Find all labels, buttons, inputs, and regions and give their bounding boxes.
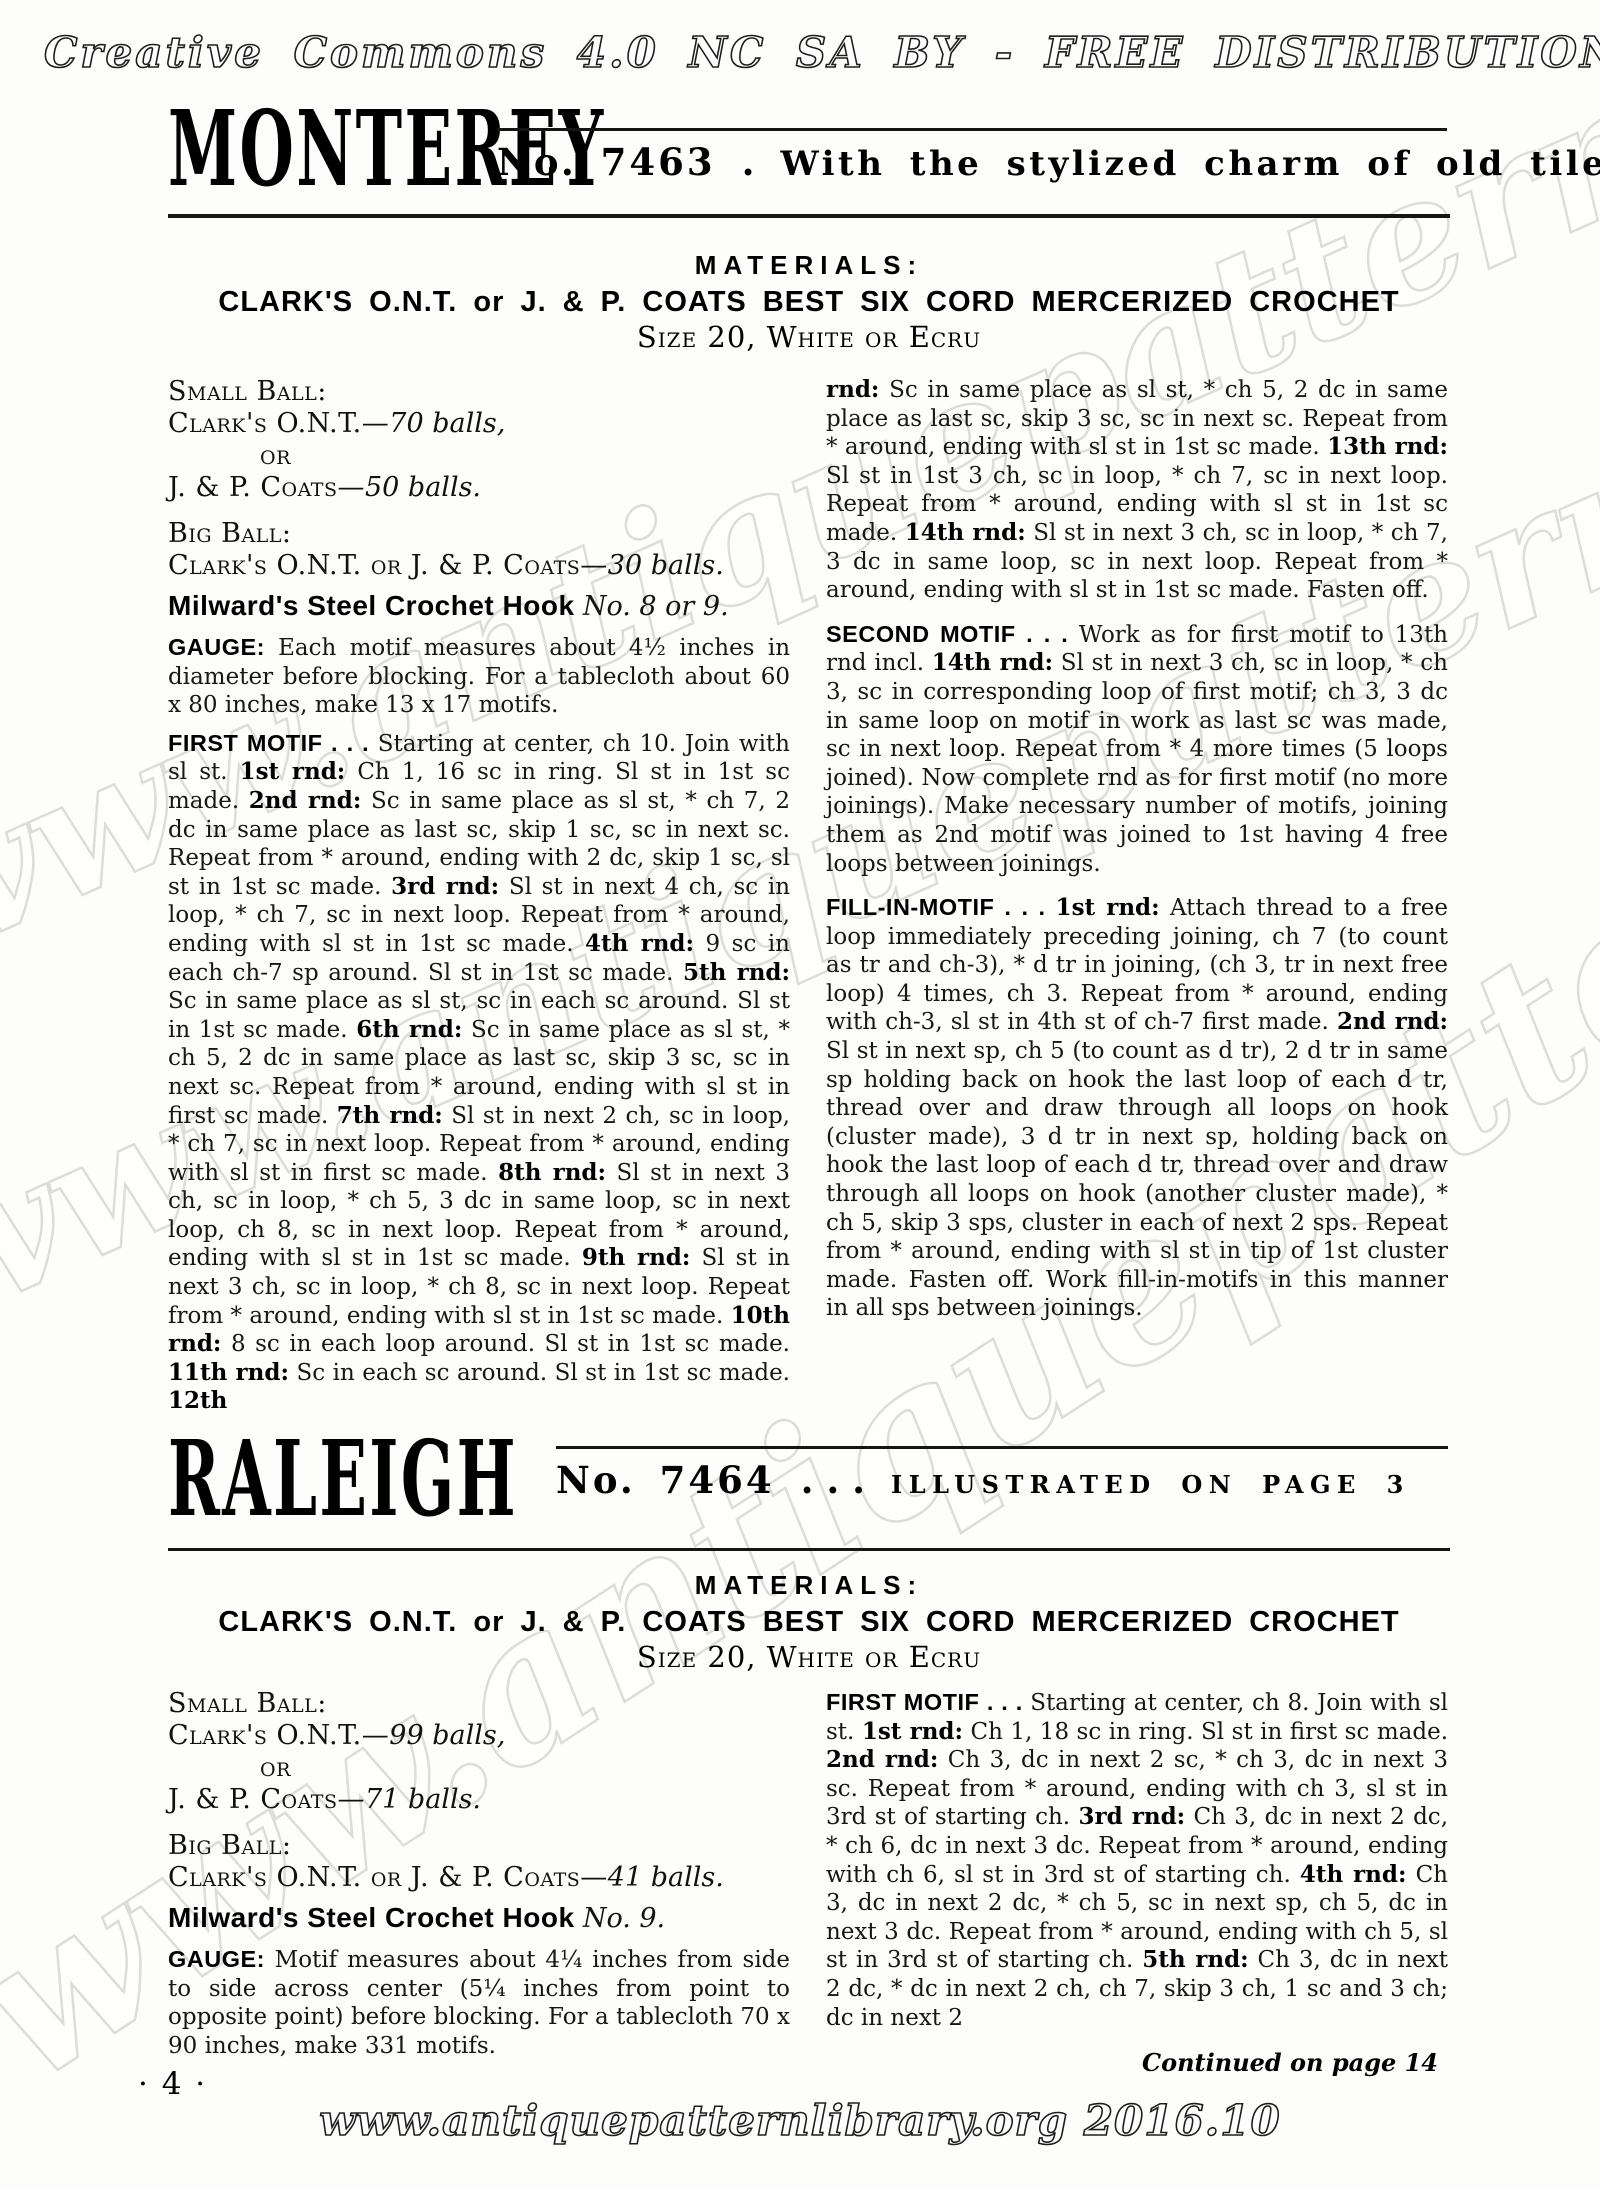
small-ball-coats: J. & P. Coats—50 balls. (168, 472, 790, 504)
or-label: or (168, 440, 790, 472)
raleigh-materials-heading: MATERIALS: (168, 1570, 1450, 1601)
monterey-left-column: Small Ball: Clark's O.N.T.—70 balls, or … (168, 376, 790, 1416)
raleigh-materials-size: Size 20, White or Ecru (168, 1640, 1450, 1674)
raleigh-right-column: FIRST MOTIF . . . Starting at center, ch… (826, 1688, 1448, 2077)
raleigh-subtitle: No. 7464 . . . ILLUSTRATED ON PAGE 3 (556, 1458, 1410, 1502)
big-ball-label: Big Ball: (168, 518, 790, 550)
monterey-subtitle: No. 7463 . With the stylized charm of ol… (497, 140, 1600, 184)
second-motif-paragraph: SECOND MOTIF . . . Work as for first mot… (826, 620, 1448, 878)
first-motif-paragraph: FIRST MOTIF . . . Starting at center, ch… (168, 729, 790, 1416)
crochet-hook-line: Milward's Steel Crochet Hook No. 9. (168, 1902, 790, 1935)
small-ball-clarks: Clark's O.N.T.—99 balls, (168, 1720, 790, 1752)
monterey-pattern-number: No. 7463 (497, 140, 716, 184)
gauge-paragraph: GAUGE: Motif measures about 4¼ inches fr… (168, 1945, 790, 2060)
small-ball-clarks: Clark's O.N.T.—70 balls, (168, 408, 790, 440)
raleigh-left-column: Small Ball: Clark's O.N.T.—99 balls, or … (168, 1688, 790, 2060)
gauge-paragraph: GAUGE: Each motif measures about 4½ inch… (168, 633, 790, 720)
crochet-hook-line: Milward's Steel Crochet Hook No. 8 or 9. (168, 590, 790, 623)
monterey-tagline: With the stylized charm of old tiles (780, 144, 1600, 184)
big-ball-line: Clark's O.N.T. or J. & P. Coats—41 balls… (168, 1862, 790, 1894)
raleigh-pattern-number: No. 7464 (556, 1458, 775, 1502)
footer-watermark: www.antiquepatternlibrary.org 2016.10 (0, 2096, 1600, 2145)
license-banner: Creative Commons 4.0 NC SA BY - FREE DIS… (44, 28, 1600, 77)
monterey-rule-top (497, 128, 1447, 131)
scanned-pattern-page: www.antiquepatternlibrary.org www.antiqu… (0, 0, 1600, 2189)
raleigh-subtitle-separator: . . . (801, 1458, 865, 1502)
big-ball-label: Big Ball: (168, 1830, 790, 1862)
monterey-materials-heading: MATERIALS: (168, 250, 1450, 281)
monterey-subtitle-separator: . (742, 140, 755, 184)
big-ball-line: Clark's O.N.T. or J. & P. Coats—30 balls… (168, 550, 790, 582)
continued-note: Continued on page 14 (826, 2048, 1448, 2077)
monterey-materials-size: Size 20, White or Ecru (168, 320, 1450, 354)
monterey-rule-bottom (168, 214, 1450, 218)
small-ball-label: Small Ball: (168, 1688, 790, 1720)
fill-in-motif-paragraph: FILL-IN-MOTIF . . . 1st rnd: Attach thre… (826, 893, 1448, 1323)
raleigh-rule-bottom (168, 1548, 1450, 1551)
spacer (168, 1816, 790, 1830)
first-motif-continuation-paragraph: rnd: Sc in same place as sl st, * ch 5, … (826, 376, 1448, 605)
raleigh-rule-top (556, 1446, 1448, 1449)
first-motif-paragraph: FIRST MOTIF . . . Starting at center, ch… (826, 1688, 1448, 2032)
raleigh-illustrated-note: ILLUSTRATED ON PAGE 3 (891, 1470, 1410, 1499)
monterey-materials-line: CLARK'S O.N.T. or J. & P. COATS BEST SIX… (168, 286, 1450, 319)
or-label: or (168, 1752, 790, 1784)
spacer (168, 504, 790, 518)
small-ball-coats: J. & P. Coats—71 balls. (168, 1784, 790, 1816)
raleigh-materials-line: CLARK'S O.N.T. or J. & P. COATS BEST SIX… (168, 1606, 1450, 1639)
monterey-right-column: rnd: Sc in same place as sl st, * ch 5, … (826, 376, 1448, 1323)
small-ball-label: Small Ball: (168, 376, 790, 408)
raleigh-title: RALEIGH (168, 1430, 518, 1529)
